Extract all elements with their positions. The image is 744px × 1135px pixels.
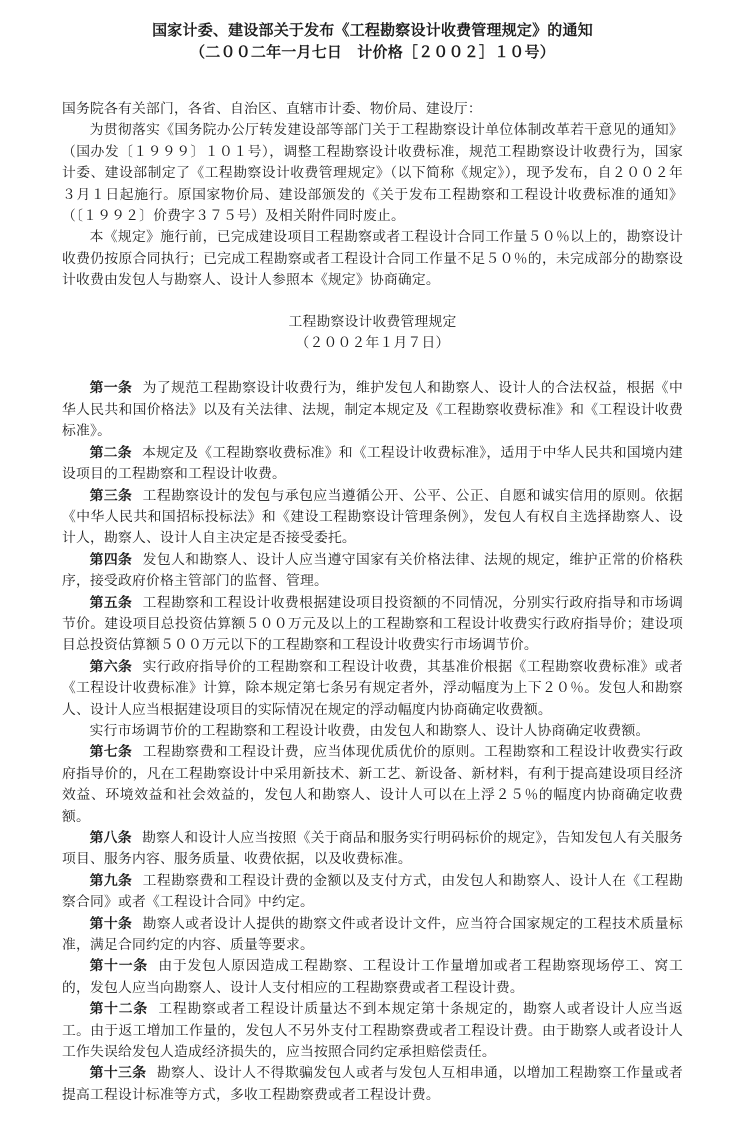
- article-6-extra-paragraph: 实行市场调节价的工程勘察和工程设计收费，由发包人和勘察人、设计人协商确定收费额。: [62, 720, 683, 741]
- article-4: 第四条发包人和勘察人、设计人应当遵守国家有关价格法律、法规的规定，维护正常的价格…: [62, 549, 683, 592]
- article-10: 第十条勘察人或者设计人提供的勘察文件或者设计文件，应当符合国家规定的工程技术质量…: [62, 913, 683, 956]
- article-11-text: 由于发包人原因造成工程勘察、工程设计工作量增加或者工程勘察现场停工、窝工的，发包…: [62, 958, 683, 994]
- article-7-label: 第七条: [90, 744, 133, 759]
- article-2: 第二条本规定及《工程勘察收费标准》和《工程设计收费标准》，适用于中华人民共和国境…: [62, 442, 683, 485]
- article-4-label: 第四条: [90, 552, 133, 567]
- article-8-text: 勘察人和设计人应当按照《关于商品和服务实行明码标价的规定》，告知发包人有关服务项…: [62, 830, 683, 866]
- article-6: 第六条实行政府指导价的工程勘察和工程设计收费，其基准价根据《工程勘察收费标准》或…: [62, 656, 683, 720]
- regulation-date: （２００２年１月７日）: [62, 332, 683, 353]
- article-9: 第九条工程勘察费和工程设计费的金额以及支付方式，由发包人和勘察人、设计人在《工程…: [62, 870, 683, 913]
- document-page: 国家计委、建设部关于发布《工程勘察设计收费管理规定》的通知 （二００二年一月七日…: [0, 0, 744, 1135]
- salutation: 国务院各有关部门，各省、自治区、直辖市计委、物价局、建设厅：: [62, 98, 683, 119]
- article-1: 第一条为了规范工程勘察设计收费行为，维护发包人和勘察人、设计人的合法权益，根据《…: [62, 377, 683, 441]
- article-8-label: 第八条: [90, 830, 132, 845]
- article-8: 第八条勘察人和设计人应当按照《关于商品和服务实行明码标价的规定》，告知发包人有关…: [62, 827, 683, 870]
- article-13-text: 勘察人、设计人不得欺骗发包人或者与发包人互相串通，以增加工程勘察工作量或者提高工…: [62, 1065, 683, 1101]
- article-13: 第十三条勘察人、设计人不得欺骗发包人或者与发包人互相串通，以增加工程勘察工作量或…: [62, 1062, 683, 1105]
- article-1-text: 为了规范工程勘察设计收费行为，维护发包人和勘察人、设计人的合法权益，根据《中华人…: [62, 380, 683, 438]
- article-10-text: 勘察人或者设计人提供的勘察文件或者设计文件，应当符合国家规定的工程技术质量标准，…: [62, 916, 683, 952]
- notice-title: 国家计委、建设部关于发布《工程勘察设计收费管理规定》的通知: [62, 20, 683, 42]
- article-7: 第七条工程勘察费和工程设计费，应当体现优质优价的原则。工程勘察和工程设计收费实行…: [62, 741, 683, 827]
- article-2-label: 第二条: [90, 445, 132, 460]
- article-6-text: 实行政府指导价的工程勘察和工程设计收费，其基准价根据《工程勘察收费标准》或者《工…: [62, 659, 683, 717]
- article-5-text: 工程勘察和工程设计收费根据建设项目投资额的不同情况，分别实行政府指导和市场调节价…: [62, 595, 683, 653]
- article-5: 第五条工程勘察和工程设计收费根据建设项目投资额的不同情况，分别实行政府指导和市场…: [62, 592, 683, 656]
- intro-paragraph-1: 为贯彻落实《国务院办公厅转发建设部等部门关于工程勘察设计单位体制改革若干意见的通…: [62, 119, 683, 226]
- article-4-text: 发包人和勘察人、设计人应当遵守国家有关价格法律、法规的规定，维护正常的价格秩序，…: [62, 552, 683, 588]
- article-6-label: 第六条: [90, 659, 133, 674]
- regulation-heading: 工程勘察设计收费管理规定 （２００２年１月７日）: [62, 311, 683, 354]
- article-2-text: 本规定及《工程勘察收费标准》和《工程设计收费标准》，适用于中华人民共和国境内建设…: [62, 445, 683, 481]
- article-10-label: 第十条: [90, 916, 133, 931]
- article-9-label: 第九条: [90, 873, 133, 888]
- article-12: 第十二条工程勘察或者工程设计质量达不到本规定第十条规定的，勘察人或者设计人应当返…: [62, 998, 683, 1062]
- article-11: 第十一条由于发包人原因造成工程勘察、工程设计工作量增加或者工程勘察现场停工、窝工…: [62, 955, 683, 998]
- intro-paragraph-2: 本《规定》施行前，已完成建设项目工程勘察或者工程设计合同工作量５０％以上的，勘察…: [62, 226, 683, 290]
- notice-subtitle: （二００二年一月七日 计价格［２００２］１０号）: [62, 42, 683, 64]
- article-13-label: 第十三条: [90, 1065, 147, 1080]
- article-5-label: 第五条: [90, 595, 133, 610]
- article-3-text: 工程勘察设计的发包与承包应当遵循公开、公平、公正、自愿和诚实信用的原则。依据《中…: [62, 488, 683, 546]
- article-12-text: 工程勘察或者工程设计质量达不到本规定第十条规定的，勘察人或者设计人应当返工。由于…: [62, 1001, 683, 1059]
- article-12-label: 第十二条: [90, 1001, 148, 1016]
- article-3: 第三条工程勘察设计的发包与承包应当遵循公开、公平、公正、自愿和诚实信用的原则。依…: [62, 485, 683, 549]
- article-7-text: 工程勘察费和工程设计费，应当体现优质优价的原则。工程勘察和工程设计收费实行政府指…: [62, 744, 683, 823]
- article-3-label: 第三条: [90, 488, 133, 503]
- article-9-text: 工程勘察费和工程设计费的金额以及支付方式，由发包人和勘察人、设计人在《工程勘察合…: [62, 873, 683, 909]
- article-11-label: 第十一条: [90, 958, 148, 973]
- regulation-title: 工程勘察设计收费管理规定: [62, 311, 683, 332]
- article-1-label: 第一条: [90, 380, 133, 395]
